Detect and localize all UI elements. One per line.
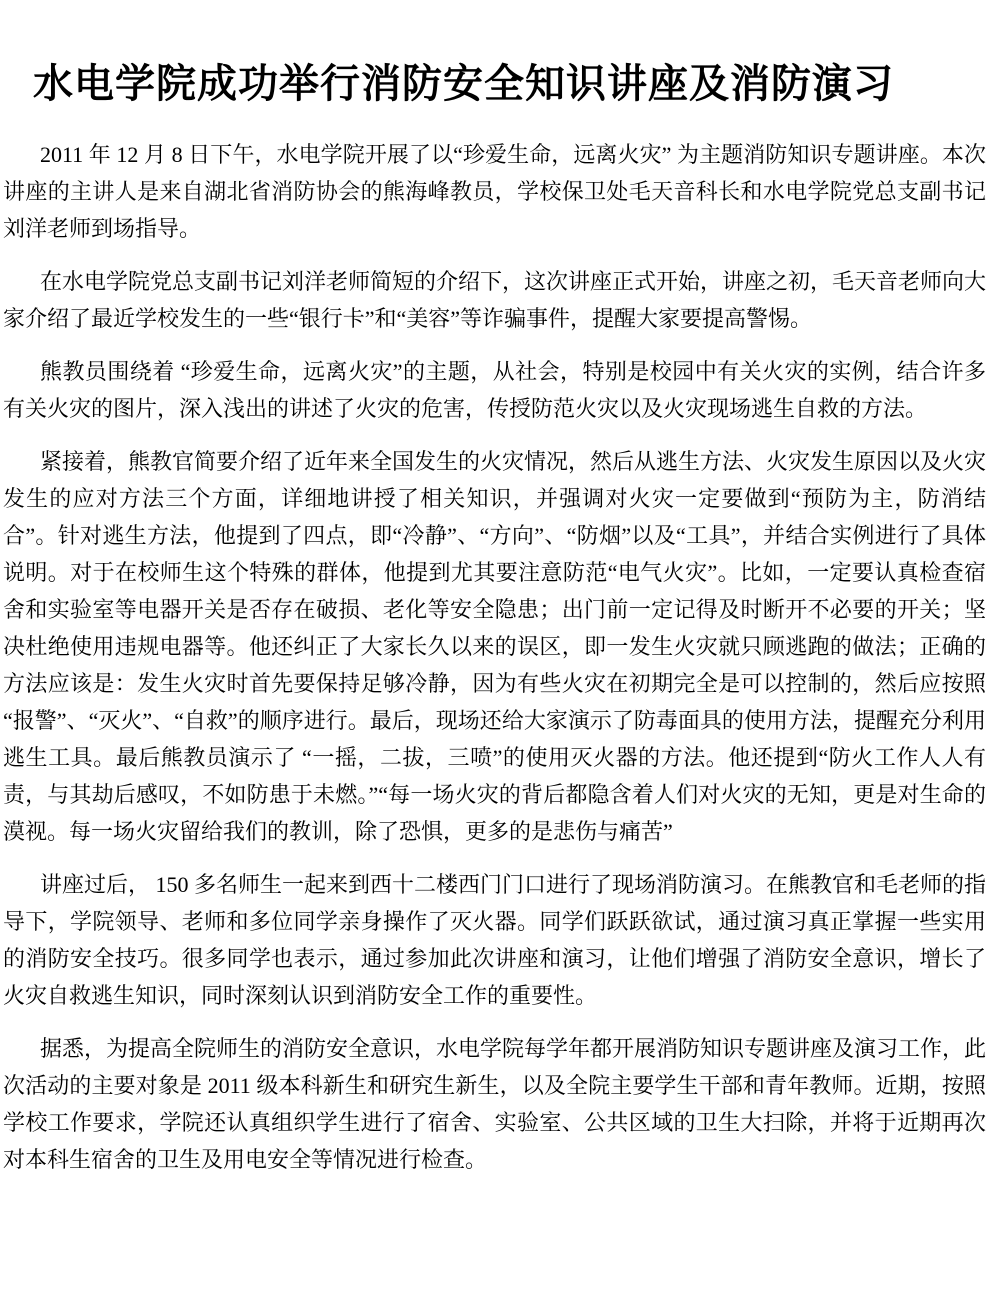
article-paragraph: 讲座过后， 150 多名师生一起来到西十二楼西门门口进行了现场消防演习。在熊教官… xyxy=(3,866,986,1014)
article-paragraph: 熊教员围绕着 “珍爱生命，远离火灾”的主题，从社会，特别是校园中有关火灾的实例，… xyxy=(3,353,986,427)
article-paragraph: 紧接着，熊教官简要介绍了近年来全国发生的火灾情况，然后从逃生方法、火灾发生原因以… xyxy=(3,443,986,850)
document-page: 水电学院成功举行消防安全知识讲座及消防演习 2011 年 12 月 8 日下午，… xyxy=(0,0,1000,1293)
article-paragraph: 据悉，为提高全院师生的消防安全意识，水电学院每学年都开展消防知识专题讲座及演习工… xyxy=(3,1030,986,1178)
article-title: 水电学院成功举行消防安全知识讲座及消防演习 xyxy=(33,58,986,110)
article-paragraph: 在水电学院党总支副书记刘洋老师简短的介绍下，这次讲座正式开始，讲座之初，毛天音老… xyxy=(3,263,986,337)
article-paragraph: 2011 年 12 月 8 日下午，水电学院开展了以“珍爱生命，远离火灾” 为主… xyxy=(3,136,986,247)
